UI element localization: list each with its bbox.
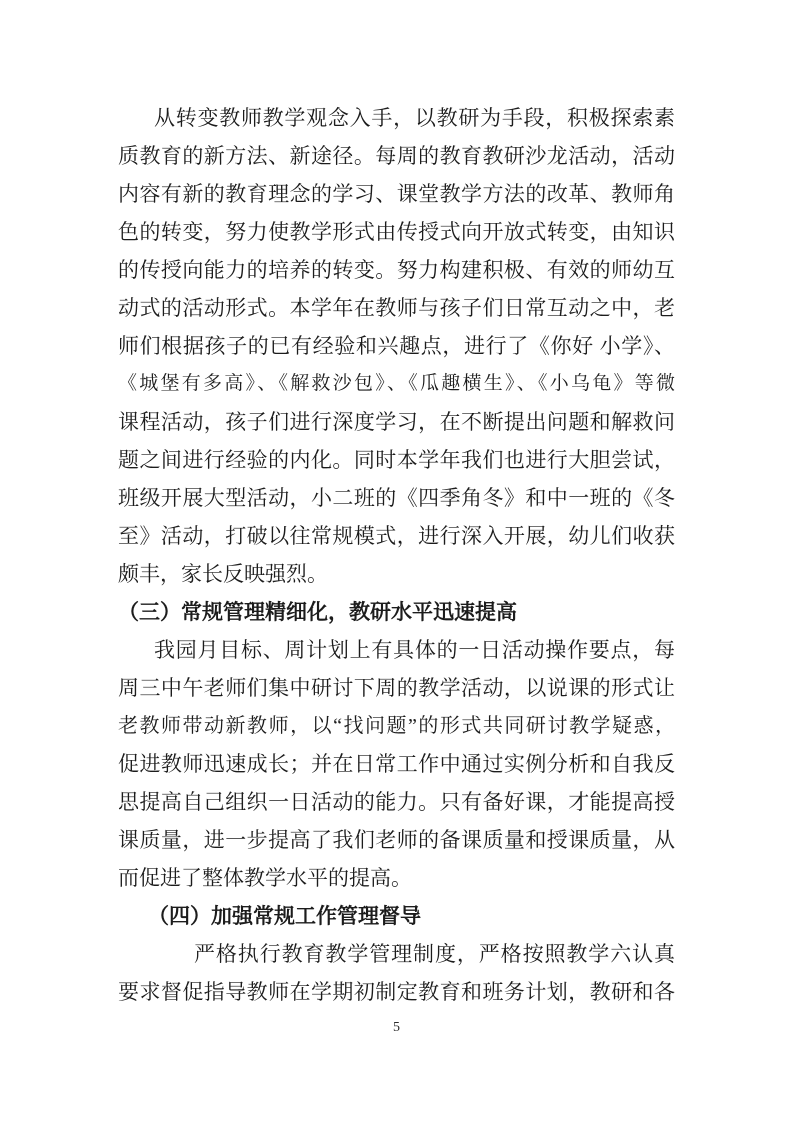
text-line: 要求督促指导教师在学期初制定教育和班务计划，教研和各	[118, 973, 675, 1011]
text-line: 严格执行教育教学管理制度，严格按照教学六认真	[118, 935, 675, 973]
page-number: 5	[0, 1018, 793, 1038]
text-line: 题之间进行经验的内化。同时本学年我们也进行大胆尝试，	[118, 441, 675, 479]
section-heading-4: （四）加强常规工作管理督导	[118, 897, 675, 935]
text-line: 质教育的新方法、新途径。每周的教育教研沙龙活动，活动	[118, 137, 675, 175]
text-line: 内容有新的教育理念的学习、课堂教学方法的改革、教师角	[118, 175, 675, 213]
text-line: 动式的活动形式。本学年在教师与孩子们日常互动之中，老	[118, 289, 675, 327]
document-body: 从转变教师教学观念入手，以教研为手段，积极探索素 质教育的新方法、新途径。每周的…	[118, 99, 675, 1011]
text-line: 至》活动，打破以往常规模式，进行深入开展，幼儿们收获	[118, 517, 675, 555]
text-line: 周三中午老师们集中研讨下周的教学活动，以说课的形式让	[118, 669, 675, 707]
document-page: 从转变教师教学观念入手，以教研为手段，积极探索素 质教育的新方法、新途径。每周的…	[0, 0, 793, 1122]
text-line: 的传授向能力的培养的转变。努力构建积极、有效的师幼互	[118, 251, 675, 289]
text-line: 师们根据孩子的已有经验和兴趣点，进行了《你好 小学》、	[118, 327, 675, 365]
text-line: 《城堡有多高》、《解救沙包》、《瓜趣横生》、《小乌龟》等微	[118, 365, 675, 403]
text-line: 课质量，进一步提高了我们老师的备课质量和授课质量，从	[118, 821, 675, 859]
text-line: 课程活动，孩子们进行深度学习，在不断提出问题和解救问	[118, 403, 675, 441]
text-line: 老教师带动新教师，以“找问题”的形式共同研讨教学疑惑，	[118, 707, 675, 745]
text-line: 思提高自己组织一日活动的能力。只有备好课，才能提高授	[118, 783, 675, 821]
section-heading-3: （三）常规管理精细化，教研水平迅速提高	[118, 593, 675, 631]
text-line: 促进教师迅速成长；并在日常工作中通过实例分析和自我反	[118, 745, 675, 783]
text-line: 班级开展大型活动，小二班的《四季角冬》和中一班的《冬	[118, 479, 675, 517]
text-line: 从转变教师教学观念入手，以教研为手段，积极探索素	[118, 99, 675, 137]
text-line: 颇丰，家长反映强烈。	[118, 555, 675, 593]
text-line: 色的转变，努力使教学形式由传授式向开放式转变，由知识	[118, 213, 675, 251]
text-line: 我园月目标、周计划上有具体的一日活动操作要点，每	[118, 631, 675, 669]
text-line: 而促进了整体教学水平的提高。	[118, 859, 675, 897]
